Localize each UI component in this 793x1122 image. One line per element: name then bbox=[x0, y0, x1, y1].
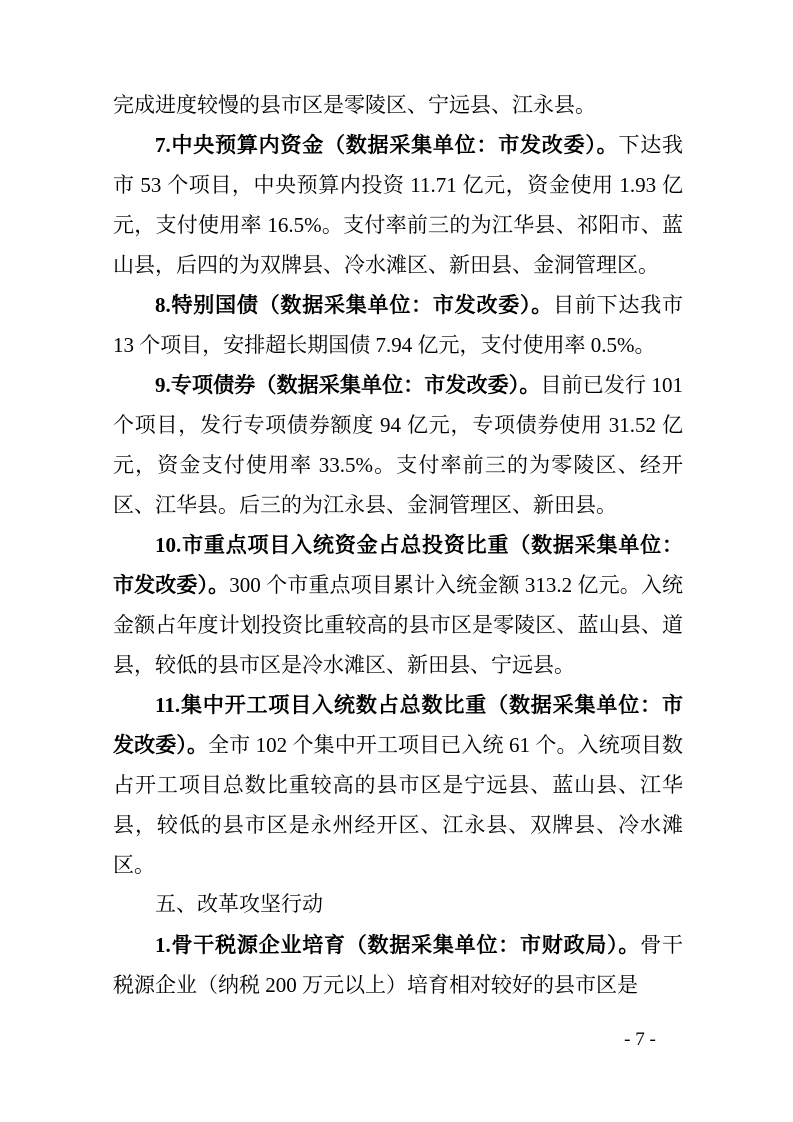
item-9-lead: 9.专项债券（数据采集单位：市发改委）。 bbox=[155, 373, 541, 397]
page-number: - 7 - bbox=[585, 1028, 695, 1052]
item-8-lead: 8.特别国债（数据采集单位：市发改委）。 bbox=[155, 293, 553, 317]
item-1-lead: 1.骨干税源企业培育（数据采集单位：市财政局）。 bbox=[155, 933, 640, 957]
item-7-lead: 7.中央预算内资金（数据采集单位：市发改委）。 bbox=[155, 133, 618, 157]
document-body: 完成进度较慢的县市区是零陵区、宁远县、江永县。 7.中央预算内资金（数据采集单位… bbox=[113, 85, 683, 1005]
item-paragraph-7: 7.中央预算内资金（数据采集单位：市发改委）。下达我市 53 个项目，中央预算内… bbox=[113, 125, 683, 285]
section-heading-reform-actions: 五、改革攻坚行动 bbox=[113, 885, 683, 925]
item-paragraph-1: 1.骨干税源企业培育（数据采集单位：市财政局）。骨干税源企业（纳税 200 万元… bbox=[113, 925, 683, 1005]
item-paragraph-8: 8.特别国债（数据采集单位：市发改委）。目前下达我市 13 个项目，安排超长期国… bbox=[113, 285, 683, 365]
document-page: 完成进度较慢的县市区是零陵区、宁远县、江永县。 7.中央预算内资金（数据采集单位… bbox=[0, 0, 793, 1122]
item-paragraph-9: 9.专项债券（数据采集单位：市发改委）。目前已发行 101 个项目，发行专项债券… bbox=[113, 365, 683, 525]
paragraph-continuation: 完成进度较慢的县市区是零陵区、宁远县、江永县。 bbox=[113, 85, 683, 125]
item-paragraph-10: 10.市重点项目入统资金占总投资比重（数据采集单位：市发改委）。300 个市重点… bbox=[113, 525, 683, 685]
item-paragraph-11: 11.集中开工项目入统数占总数比重（数据采集单位：市发改委）。全市 102 个集… bbox=[113, 685, 683, 885]
